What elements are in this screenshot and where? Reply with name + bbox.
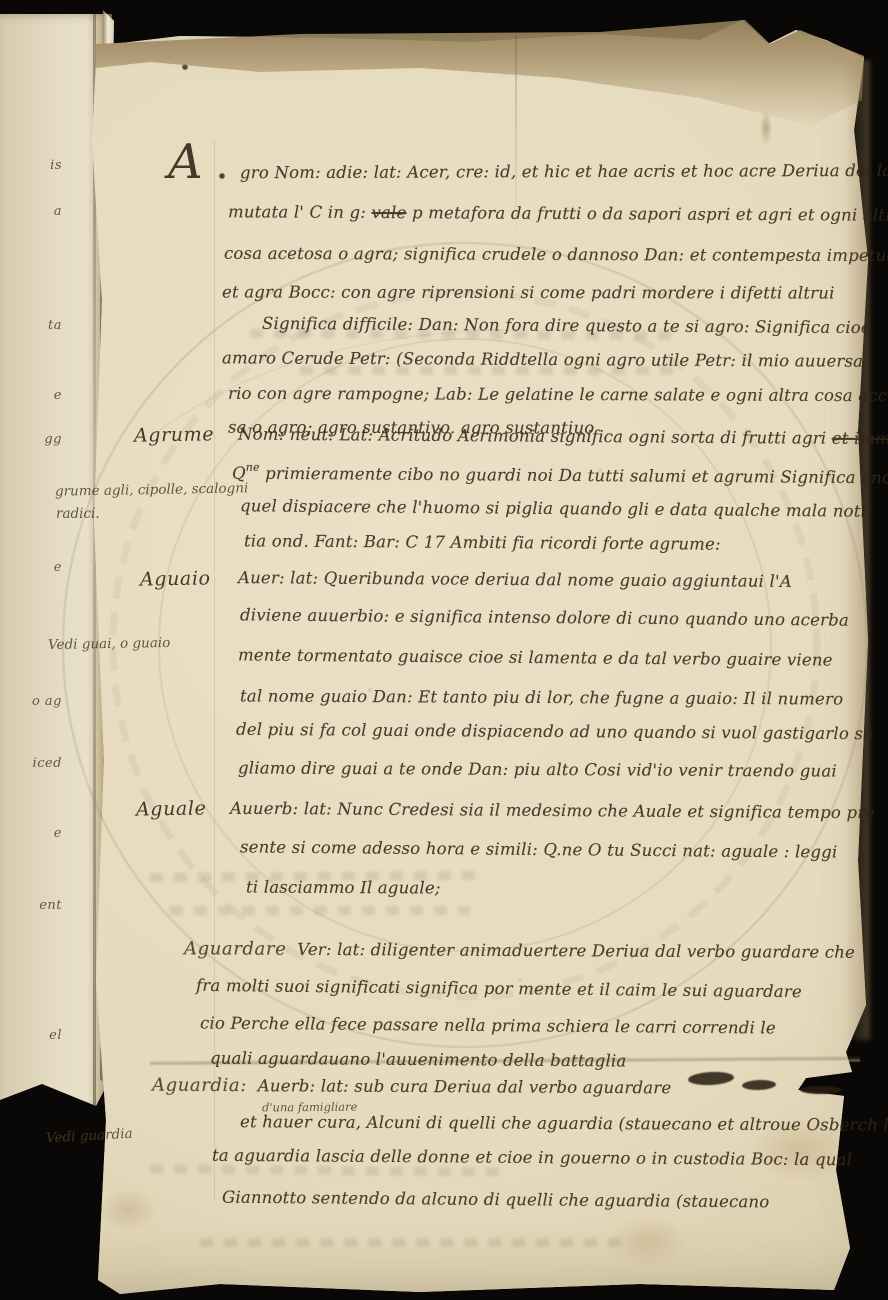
headword-aguale: Aguale xyxy=(136,797,207,820)
line-segment: Ver: lat: diligenter animaduertere Deriu… xyxy=(297,940,855,962)
manuscript-line: et agra Bocc: con agre riprensioni si co… xyxy=(222,282,835,302)
manuscript-line: mutata l' C in g: vale p metafora da fru… xyxy=(228,202,888,225)
entry-initial-A: A xyxy=(168,138,203,186)
edge-text-fragment: ent xyxy=(0,898,62,913)
edge-text-fragment: el xyxy=(0,1028,62,1043)
manuscript-line: quali aguardauano l'auuenimento della ba… xyxy=(210,1049,627,1071)
manuscript-line: Auer: lat: Queribunda voce deriua dal no… xyxy=(238,568,792,591)
show-through-line xyxy=(170,906,470,915)
edge-text-fragment: e xyxy=(0,560,62,575)
manuscript-line: Aguardare Ver: lat: diligenter animaduer… xyxy=(184,938,855,963)
struck-word: et immaturi xyxy=(832,429,888,449)
show-through-line xyxy=(200,1238,620,1247)
margin-note: Vedi guai, o guaio xyxy=(48,635,171,653)
manuscript-line: cosa acetosa o agra; significa crudele o… xyxy=(224,244,888,265)
manuscript-line: gliamo dire guai a te onde Dan: piu alto… xyxy=(238,758,837,780)
edge-text-fragment: gg xyxy=(0,432,62,447)
tear-gap xyxy=(800,1086,842,1094)
margin-note: grume agli, cipolle, scalogni xyxy=(55,480,249,499)
margin-crease xyxy=(214,140,215,1200)
line-segment: p metafora da frutti o da sapori aspri e… xyxy=(412,203,888,225)
manuscript-line: ti lasciammo Il aguale; xyxy=(246,877,441,897)
line-segment: Auerb: lat: sub cura Deriua dal verbo ag… xyxy=(258,1076,672,1097)
manuscript-line: tia ond. Fant: Bar: C 17 Ambiti fia rico… xyxy=(244,531,721,553)
edge-text-fragment: iced xyxy=(0,756,62,771)
headword-aguaio: Aguaio xyxy=(140,567,211,590)
edge-text-fragment: ta xyxy=(0,318,62,333)
manuscript-line: rio con agre rampogne; Lab: Le gelatine … xyxy=(228,384,888,405)
edge-text-fragment: a xyxy=(0,204,62,219)
headword-aguardia: Aguardia: xyxy=(152,1075,247,1096)
headword-agrume: Agrume xyxy=(134,423,214,446)
edge-text-fragment: o ag xyxy=(0,694,62,709)
edge-text-fragment: is xyxy=(0,158,62,173)
edge-text-fragment: e xyxy=(0,826,62,841)
headword-aguardare: Aguardare xyxy=(184,938,286,960)
manuscript-line: Aguardia: Auerb: lat: sub cura Deriua da… xyxy=(152,1075,671,1099)
manuscript-line: et hauer cura, Alcuni di quelli che agua… xyxy=(240,1112,888,1135)
manuscript-line: tal nome guaio Dan: Et tanto piu di lor,… xyxy=(240,686,843,708)
margin-note: radici. xyxy=(56,506,100,522)
edge-text-fragment: e xyxy=(0,388,62,403)
manuscript-scan: is a ta e gg e o ag iced e ent el A gro … xyxy=(0,0,888,1300)
line-segment: mutata l' C in g: xyxy=(228,202,366,222)
superscript: ne xyxy=(246,461,260,474)
manuscript-line: gro Nom: adie: lat: Acer, cre: id, et hi… xyxy=(240,161,888,182)
struck-word: vale xyxy=(371,203,406,222)
manuscript-line: amaro Cerude Petr: (Seconda Riddtella og… xyxy=(222,348,863,370)
